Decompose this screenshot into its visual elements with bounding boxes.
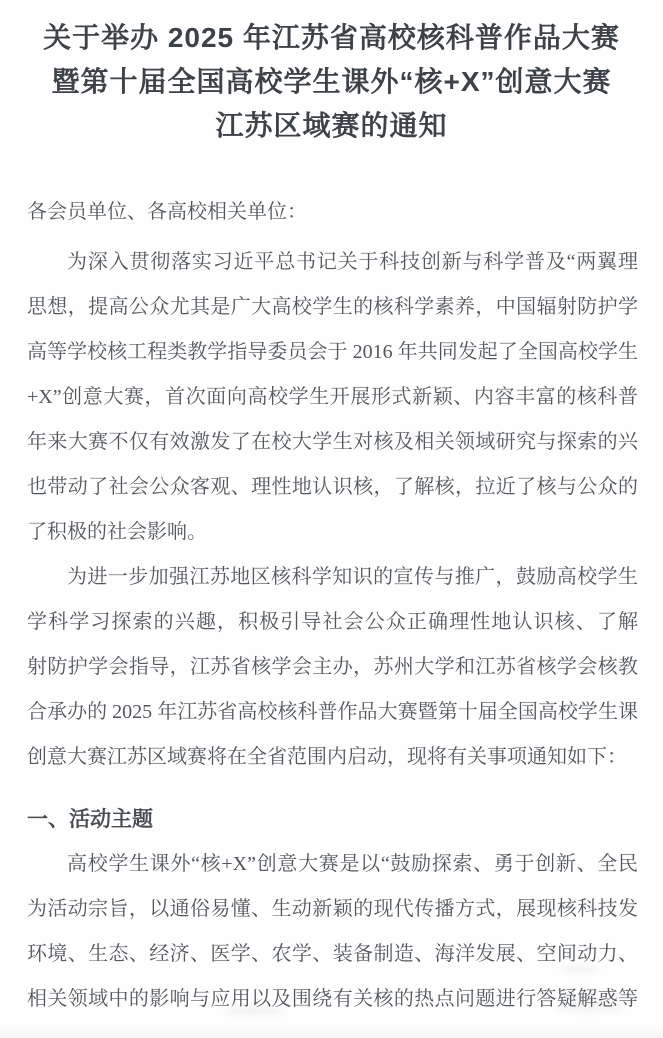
body-paragraph: 高校学生课外“核+X”创意大赛是以“鼓励探索、勇于创新、全民科普” 为活动宗旨，… [27, 842, 638, 1022]
paragraph-line: 创意大赛江苏区域赛将在全省范围内启动，现将有关事项通知如下： [27, 735, 638, 780]
notice-title-line: 江苏区域赛的通知 [28, 104, 635, 148]
notice-title-line: 关于举办 2025 年江苏省高校核科普作品大赛 [28, 16, 635, 60]
paragraph-line: 年来大赛不仅有效激发了在校大学生对核及相关领域研究与探索的兴趣和潜能， [27, 420, 638, 465]
notice-title: 关于举办 2025 年江苏省高校核科普作品大赛 暨第十届全国高校学生课外“核+X… [0, 0, 663, 148]
paragraph-line: 相关领域中的影响与应用以及围绕有关核的热点问题进行答疑解惑等内容的创 [27, 977, 638, 1022]
paragraph-line: 思想，提高公众尤其是广大高校学生的核科学素养，中国辐射防护学会和教育部 [27, 285, 638, 330]
notice-body: 各会员单位、各高校相关单位： 为深入贯彻落实习近平总书记关于科技创新与科学普及“… [27, 190, 638, 1022]
scan-edge-shade [0, 1024, 663, 1038]
paragraph-line: 环境、生态、经济、医学、农学、装备制造、海洋发展、空间动力、辐照加工等 [27, 932, 638, 977]
paragraph-line: 高等学校核工程类教学指导委员会于 2016 年共同发起了全国高校学生课外“核 [27, 330, 638, 375]
paragraph-line: 为活动宗旨，以通俗易懂、生动新颖的现代传播方式，展现核科技发展在能源、 [27, 887, 638, 932]
paragraph-line: +X”创意大赛，首次面向高校学生开展形式新颖、内容丰富的核科普活动。多 [27, 375, 638, 420]
paragraph-line: 射防护学会指导，江苏省核学会主办，苏州大学和江苏省核学会核教育专委会联 [27, 645, 638, 690]
body-paragraph: 为深入贯彻落实习近平总书记关于科技创新与科学普及“两翼理论”的重要 思想，提高公… [27, 240, 638, 555]
paragraph-line: 学科学习探索的兴趣，积极引导社会公众正确理性地认识核、了解核，由中国辐 [27, 600, 638, 645]
body-paragraph: 为进一步加强江苏地区核科学知识的宣传与推广，鼓励高校学生对核与关联 学科学习探索… [27, 555, 638, 780]
paragraph-line: 为深入贯彻落实习近平总书记关于科技创新与科学普及“两翼理论”的重要 [27, 240, 638, 285]
paragraph-line: 高校学生课外“核+X”创意大赛是以“鼓励探索、勇于创新、全民科普” [27, 842, 638, 887]
salutation-line: 各会员单位、各高校相关单位： [27, 190, 638, 235]
paragraph-line: 了积极的社会影响。 [27, 510, 638, 555]
section-heading: 一、活动主题 [27, 797, 638, 842]
paragraph-line: 为进一步加强江苏地区核科学知识的宣传与推广，鼓励高校学生对核与关联 [27, 555, 638, 600]
document-page: 关于举办 2025 年江苏省高校核科普作品大赛 暨第十届全国高校学生课外“核+X… [0, 0, 663, 1038]
paragraph-line: 也带动了社会公众客观、理性地认识核，了解核，拉近了核与公众的距离，取得 [27, 465, 638, 510]
notice-title-line: 暨第十届全国高校学生课外“核+X”创意大赛 [28, 60, 635, 104]
paragraph-line: 合承办的 2025 年江苏省高校核科普作品大赛暨第十届全国高校学生课外“核+X” [27, 690, 638, 735]
